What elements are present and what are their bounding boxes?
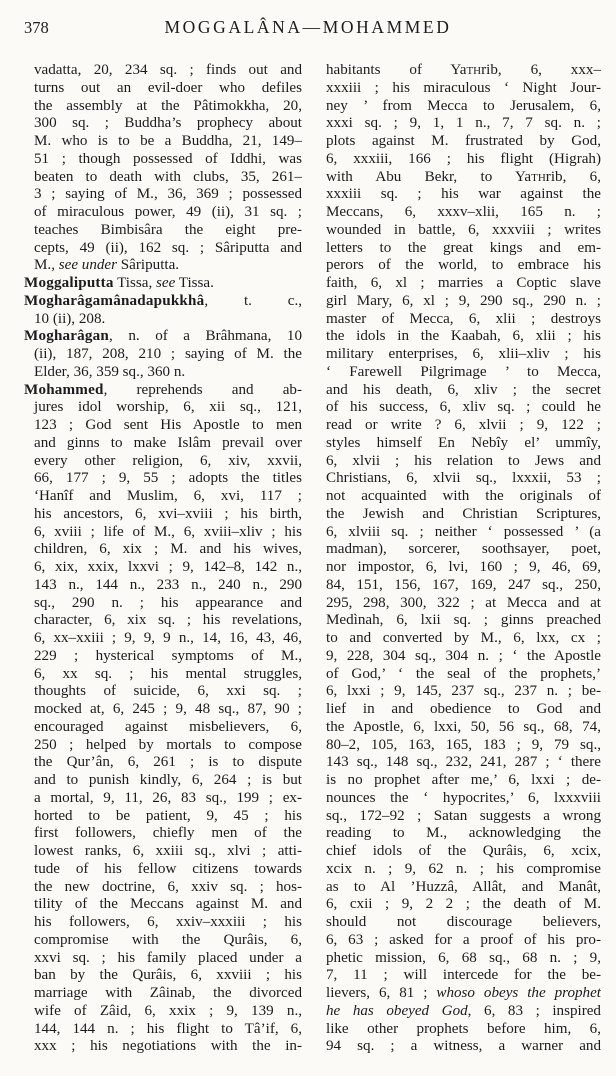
text-line: as to Al ’Huzzâ, Allât, and Manât,	[316, 879, 601, 897]
text-line: master of Mecca, 6, xlii ; destroys	[316, 311, 601, 329]
text-line: 94 sq. ; a witness, a warner and	[316, 1038, 601, 1056]
text-line: xxx ; his negotiations with the in-	[24, 1038, 302, 1056]
running-title: MOGGALÂNA—MOHAMMED	[0, 17, 616, 38]
index-headword-line: Moggaliputta Tissa, see Tissa.	[24, 275, 302, 293]
text-line: and to punish kindly, 6, 264 ; is but	[24, 772, 302, 790]
text-columns: vadatta, 20, 234 sq. ; finds out andturn…	[24, 62, 601, 1056]
text-line: tility of the Meccans against M. and	[24, 896, 302, 914]
text-line: 80–2, 105, 163, 165, 183 ; 9, 79 sq.,	[316, 737, 601, 755]
text-line: ban by the Qurâis, 6, xxviii ; his	[24, 967, 302, 985]
text-line: madman), sorcerer, soothsayer, poet,	[316, 541, 601, 559]
text-line: Christians, 6, xlvii sq., lxxxii, 53 ;	[316, 470, 601, 488]
text-line: reading to M., acknowledging the	[316, 825, 601, 843]
italic-text: whoso obeys the prophet	[436, 985, 601, 1001]
text-line: chief idols of the Qurâis, 6, xcix,	[316, 843, 601, 861]
text-line: ‘Hanîf and Muslim, 6, xvi, 117 ;	[24, 488, 302, 506]
text-line: 6, xx sq. ; his mental struggles,	[24, 666, 302, 684]
text-line: xxxiii ; his miraculous ‘ Night Jour-	[316, 80, 601, 98]
text-line: 84, 151, 156, 167, 169, 247 sq., 250,	[316, 577, 601, 595]
index-headword-line: Mogharâgamânadapukkhâ, t. c.,	[24, 293, 302, 311]
text-line: and ginns to make Islâm prevail over	[24, 435, 302, 453]
text-line: compromise with the Qurâis, 6,	[24, 932, 302, 950]
text-line: styles himself En Nebîy el’ ummîy,	[316, 435, 601, 453]
bold-headword: Mogharâgamânadapukkhâ	[24, 293, 204, 309]
text-line: beaten to death with clubs, 35, 261–	[24, 169, 302, 187]
text-line: 295, 298, 300, 322 ; at Mecca and at	[316, 595, 601, 613]
text-line: the Jewish and Christian Scriptures,	[316, 506, 601, 524]
text-line: every other religion, 6, xiv, xxvii,	[24, 453, 302, 471]
text-line: his ancestors, 6, xvi–xviii ; his birth,	[24, 506, 302, 524]
small-caps-text: th	[531, 172, 546, 184]
text-line: and his death, 6, xliv ; the secret	[316, 382, 601, 400]
text-line: xxxi sq. ; 9, 1, 1 n., 7, 7 sq. n. ;	[316, 115, 601, 133]
text-line: vadatta, 20, 234 sq. ; finds out and	[24, 62, 302, 80]
italic-text: he has obeyed God	[326, 1003, 468, 1019]
text-line: M., see under Sâriputta.	[24, 257, 302, 275]
italic-text: see	[156, 275, 175, 291]
text-line: 66, 177 ; 9, 55 ; adopts the titles	[24, 470, 302, 488]
text-line: 10 (ii), 208.	[24, 311, 302, 329]
text-line: 3 ; saying of M., 36, 369 ; possessed	[24, 186, 302, 204]
text-line: 6, xviii ; life of M., 6, xviii–xliv ; h…	[24, 524, 302, 542]
text-line: the assembly at the Pâtimokkha, 20,	[24, 98, 302, 116]
bold-headword: Moggaliputta	[24, 275, 114, 291]
page-header: 378 MOGGALÂNA—MOHAMMED	[0, 15, 616, 41]
text-line: jures idol worship, 6, xii sq., 121,	[24, 399, 302, 417]
text-line: sq., 290 n. ; his appearance and	[24, 595, 302, 613]
text-line: 229 ; hysterical symptoms of M.,	[24, 648, 302, 666]
book-page: 378 MOGGALÂNA—MOHAMMED vadatta, 20, 234 …	[0, 0, 616, 1076]
text-line: military enterprises, 6, xlii–xliv ; his	[316, 346, 601, 364]
text-line: should not discourage believers,	[316, 914, 601, 932]
text-line: lievers, 6, 81 ; whoso obeys the prophet	[316, 985, 601, 1003]
text-line: 6, xlvii ; his relation to Jews and	[316, 453, 601, 471]
text-line: xxvi sq. ; his family placed under a	[24, 950, 302, 968]
text-line: 6, 63 ; asked for a proof of his pro-	[316, 932, 601, 950]
text-line: not acquainted with the originals of	[316, 488, 601, 506]
text-line: turns out an evil-doer who defiles	[24, 80, 302, 98]
text-line: thoughts of suicide, 6, xxi sq. ;	[24, 683, 302, 701]
text-line: tude of his fellow citizens towards	[24, 861, 302, 879]
text-line: Medìnah, 6, lxii sq. ; ginns preached	[316, 612, 601, 630]
text-line: a mortal, 9, 11, 26, 83 sq., 199 ; ex-	[24, 790, 302, 808]
bold-headword: Mohammed	[24, 382, 104, 398]
text-line: lief in and obedience to God and	[316, 701, 601, 719]
right-column: habitants of Yathrib, 6, xxx–xxxiii ; hi…	[316, 62, 601, 1056]
text-line: is no prophet after me,’ 6, lxxi ; de-	[316, 772, 601, 790]
text-line: 6, xxxiii, 166 ; his flight (Higrah)	[316, 151, 601, 169]
text-line: nounces the ‘ hypocrites,’ 6, lxxxviii	[316, 790, 601, 808]
text-line: he has obeyed God, 6, 83 ; inspired	[316, 1003, 601, 1021]
text-line: like other prophets before him, 6,	[316, 1021, 601, 1039]
text-line: of God,’ ‘ the seal of the prophets,’	[316, 666, 601, 684]
text-line: 6, xlviii sq. ; neither ‘ possessed ’ (a	[316, 524, 601, 542]
text-line: 7, 11 ; will intercede for the be-	[316, 967, 601, 985]
text-line: wife of Zâid, 6, xxix ; 9, 139 n.,	[24, 1003, 302, 1021]
text-line: (ii), 187, 208, 210 ; saying of M. the	[24, 346, 302, 364]
text-line: 6, xix, xxix, lxxvi ; 9, 142–8, 142 n.,	[24, 559, 302, 577]
text-line: M. who is to be a Buddha, 21, 149–	[24, 133, 302, 151]
text-line: Elder, 36, 359 sq., 360 n.	[24, 364, 302, 382]
text-line: horted to be patient, 9, 45 ; his	[24, 808, 302, 826]
text-line: cepts, 49 (ii), 162 sq. ; Sâriputta and	[24, 240, 302, 258]
text-line: 144, 144 n. ; his flight to Tâ’if, 6,	[24, 1021, 302, 1039]
text-line: teaches Bimbisâra the eight pre-	[24, 222, 302, 240]
text-line: of miraculous power, 49 (ii), 31 sq. ;	[24, 204, 302, 222]
text-line: the Apostle, 6, lxxi, 50, 56 sq., 68, 74…	[316, 719, 601, 737]
text-line: with Abu Bekr, to Yathrib, 6,	[316, 169, 601, 187]
text-line: habitants of Yathrib, 6, xxx–	[316, 62, 601, 80]
text-line: 250 ; helped by mortals to compose	[24, 737, 302, 755]
text-line: girl Mary, 6, xl ; 9, 290 sq., 290 n. ;	[316, 293, 601, 311]
text-line: marriage with Zâinab, the divorced	[24, 985, 302, 1003]
left-column: vadatta, 20, 234 sq. ; finds out andturn…	[24, 62, 302, 1056]
text-line: to and converted by M., 6, lxx, cx ;	[316, 630, 601, 648]
text-line: 9, 228, 304 sq., 304 n. ; ‘ the Apostle	[316, 648, 601, 666]
text-line: 6, lxxi ; 9, 145, 237 sq., 237 n. ; be-	[316, 683, 601, 701]
text-line: the idols in the Kaabah, 6, xlii ; his	[316, 328, 601, 346]
text-line: sq., 172–92 ; Satan suggests a wrong	[316, 808, 601, 826]
italic-text: see under	[59, 257, 117, 273]
text-line: encouraged against misbelievers, 6,	[24, 719, 302, 737]
text-line: character, 6, xix sq. ; his revelations,	[24, 612, 302, 630]
text-line: 143 sq., 148 sq., 232, 241, 287 ; ‘ ther…	[316, 754, 601, 772]
text-line: 6, cxii ; 9, 2 2 ; the death of M.	[316, 896, 601, 914]
text-line: read or write ? 6, xlvii ; 9, 122 ;	[316, 417, 601, 435]
bold-headword: Mogharâgan	[24, 328, 109, 344]
text-line: 143 n., 144 n., 233 n., 240 n., 290	[24, 577, 302, 595]
text-line: xcix n. ; 9, 62 n. ; his compromise	[316, 861, 601, 879]
text-line: perors of the world, to embrace his	[316, 257, 601, 275]
text-line: first followers, chiefly men of the	[24, 825, 302, 843]
text-line: 123 ; God sent His Apostle to men	[24, 417, 302, 435]
text-line: 300 sq. ; Buddha’s prophecy about	[24, 115, 302, 133]
index-headword-line: Mohammed, reprehends and ab-	[24, 382, 302, 400]
text-line: letters to the great kings and em-	[316, 240, 601, 258]
text-line: his followers, 6, xxiv–xxxiii ; his	[24, 914, 302, 932]
text-line: lowest ranks, 6, xxiii sq., xlvi ; atti-	[24, 843, 302, 861]
text-line: xxxiii sq. ; his war against the	[316, 186, 601, 204]
text-line: ‘ Farewell Pilgrimage ’ to Mecca,	[316, 364, 601, 382]
text-line: ney ’ from Mecca to Jerusalem, 6,	[316, 98, 601, 116]
text-line: Meccans, 6, xxxv–xlii, 165 n. ;	[316, 204, 601, 222]
text-line: 51 ; though possessed of Iddhi, was	[24, 151, 302, 169]
text-line: mocked at, 6, 245 ; 9, 48 sq., 87, 90 ;	[24, 701, 302, 719]
text-line: nor impostor, 6, lvi, 160 ; 9, 46, 69,	[316, 559, 601, 577]
text-line: of his success, 6, xliv sq. ; could he	[316, 399, 601, 417]
index-headword-line: Mogharâgan, n. of a Brâhmana, 10	[24, 328, 302, 346]
text-line: phetic mission, 6, 68 sq., 68 n. ; 9,	[316, 950, 601, 968]
text-line: 6, xx–xxiii ; 9, 9, 9 n., 14, 16, 43, 46…	[24, 630, 302, 648]
text-line: plots against M. frustrated by God,	[316, 133, 601, 151]
text-line: the Qur’ân, 6, 261 ; is to dispute	[24, 754, 302, 772]
text-line: children, 6, xix ; M. and his wives,	[24, 541, 302, 559]
text-line: the new doctrine, 6, xxiv sq. ; hos-	[24, 879, 302, 897]
text-line: faith, 6, xl ; marries a Coptic slave	[316, 275, 601, 293]
text-line: wounded in battle, 6, xxxviii ; writes	[316, 222, 601, 240]
small-caps-text: th	[466, 65, 481, 77]
